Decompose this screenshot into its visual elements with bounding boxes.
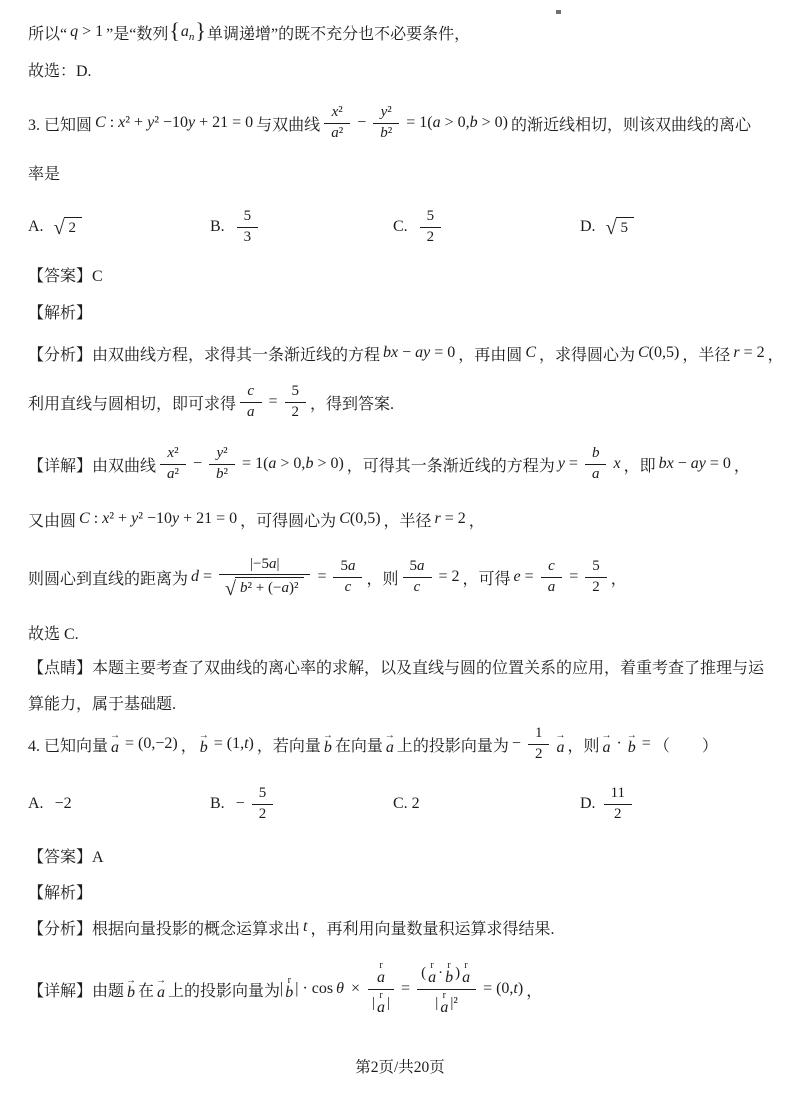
fraction-denominator: √b² + (−a)² (219, 575, 310, 598)
page-footer: 第2页/共20页 (0, 1054, 800, 1078)
fraction-denominator: 2 (528, 745, 550, 764)
math-expression: = (569, 568, 578, 586)
math-run: = 1( (406, 114, 432, 131)
fraction: ca (541, 558, 563, 597)
vector-letter: a (440, 999, 448, 1017)
math-run: > 0) (313, 455, 343, 472)
q3-detail-line1: 【详解】由双曲线x²a²−y²b²= 1(a > 0,b > 0)，可得其一条渐… (28, 436, 750, 492)
math-run: a (417, 558, 425, 574)
fraction-numerator: |−5a| (219, 556, 310, 576)
math-run: = 2 (441, 510, 466, 527)
math-run: 5 (410, 558, 418, 574)
text-segment: ，再由圆 (458, 342, 522, 365)
fraction: (ra·rb)ra|ra|² (417, 961, 476, 1017)
math-run: ² + (109, 510, 131, 527)
fraction: 5ac (403, 558, 432, 597)
math-expression: a² (331, 126, 343, 142)
vector-symbol: →a (555, 732, 565, 757)
text-segment: 在向量 (335, 733, 383, 756)
vector-arrow-icon: → (627, 732, 637, 739)
vector-letter: b (445, 969, 453, 987)
vector-arrow-icon: r (379, 992, 382, 999)
vector-symbol: ra (462, 962, 470, 987)
radicand: 2 (64, 217, 83, 237)
fraction-numerator: c (240, 383, 262, 403)
q3-option-b: B. 53 (210, 198, 262, 256)
vector-arrow-icon: r (288, 977, 291, 984)
q3-option-a: A. √2 (28, 198, 84, 256)
math-run: 2 (592, 579, 600, 595)
text-segment: ，半径 (384, 508, 432, 531)
math-run: − (674, 455, 691, 472)
text-segment: D. (580, 795, 600, 813)
math-expression: c (345, 580, 352, 596)
q3-approach-line1: 【分析】由双曲线方程，求得其一条渐近线的方程bx − ay = 0，再由圆C，求… (28, 340, 784, 366)
math-run: 5 (244, 208, 252, 224)
math-run: ² (388, 125, 393, 141)
math-run: · (616, 735, 621, 752)
fraction: 52 (252, 785, 274, 824)
math-run: = (317, 568, 326, 585)
math-run: : (106, 114, 118, 131)
text-segment: B. (210, 218, 233, 236)
square-root: √5 (606, 217, 634, 237)
vector-symbol: →a (385, 732, 395, 757)
math-expression: · (616, 735, 621, 753)
math-expression: a² (167, 467, 179, 483)
math-run: (0,5) (649, 344, 680, 361)
vector-arrow-icon: → (199, 732, 209, 739)
math-run: 3 (244, 229, 252, 245)
math-run: ) (518, 980, 523, 997)
math-expression: y = (558, 455, 578, 473)
text-segment: 所以“ (28, 21, 67, 44)
math-expression: = (1,t) (214, 735, 254, 753)
text-segment: 在 (138, 978, 154, 1001)
math-expression: 2 (427, 230, 435, 246)
text-segment: 【答案】C (28, 263, 103, 286)
math-run: = (401, 980, 410, 997)
q3-remark-line1: 【点睛】本题主要考查了双曲线的离心率的求解，以及直线与圆的位置关系的应用，着重考… (28, 654, 764, 678)
math-expression: 11 (611, 786, 625, 802)
math-expression: −2 (55, 795, 72, 813)
text-segment: D. (580, 218, 604, 236)
math-run: ² (175, 466, 180, 482)
math-run: C (638, 344, 649, 361)
math-run: x (613, 455, 620, 472)
fraction: 52 (585, 558, 607, 597)
fraction: ca (240, 383, 262, 422)
math-expression: 1 (535, 726, 543, 742)
fraction-numerator: c (541, 558, 563, 578)
square-root: √2 (54, 217, 82, 237)
q4-option-b: B. −52 (210, 777, 277, 831)
text-segment: C. 2 (393, 795, 420, 813)
text-segment: 上的投影向量为 (168, 978, 280, 1001)
fraction-denominator: |ra| (368, 990, 394, 1018)
q3-choice-line: 故选 C. (28, 620, 79, 644)
math-run: |−5 (250, 556, 269, 572)
radicand: b² + (−a)² (235, 577, 304, 597)
q3-remark-line2: 算能力，属于基础题. (28, 690, 176, 714)
text-segment: ，再利用向量数量积运算求得结果. (310, 916, 554, 939)
q3-answer-line: 【答案】C (28, 262, 103, 286)
math-run: 5 (340, 558, 348, 574)
math-run: = (269, 393, 278, 410)
text-segment: ”是“数列 (106, 21, 168, 44)
math-run: = (0, (483, 980, 513, 997)
math-expression: q > 1 (70, 23, 103, 41)
q3-option-c: C. 52 (393, 198, 445, 256)
math-expression: c (247, 384, 254, 400)
fraction: 52 (420, 208, 442, 247)
math-run: C (525, 344, 536, 361)
fraction-denominator: c (333, 578, 362, 597)
math-expression: b (592, 446, 600, 462)
text-segment: 【答案】A (28, 844, 104, 867)
brace-glyph: } (195, 20, 206, 42)
text-segment: ，则 (366, 566, 398, 589)
fraction: 12 (528, 725, 550, 764)
text-segment: · (438, 966, 443, 982)
text-segment: 上的投影向量为 (397, 733, 509, 756)
math-run: d (191, 568, 199, 585)
math-expression: − (236, 795, 245, 813)
math-expression: e = (514, 568, 534, 586)
text-segment: | (435, 996, 438, 1012)
math-expression: 5a (340, 559, 355, 575)
vector-arrow-icon: → (555, 732, 565, 739)
math-expression: 2 (259, 807, 267, 823)
text-segment: 的渐近线相切，则该双曲线的离心 (511, 112, 751, 135)
math-run: a (433, 114, 441, 131)
math-expression: = (642, 735, 651, 753)
math-expression: 5 (244, 209, 252, 225)
math-expression: 2 (535, 747, 543, 763)
q4-option-c: C. 2 (393, 777, 420, 831)
fraction-numerator: 1 (528, 725, 550, 745)
fraction: ra|ra| (368, 961, 394, 1017)
text-segment: 利用直线与圆相切，即可求得 (28, 391, 236, 414)
text-segment: 单调递增”的既不充分也不必要条件， (207, 21, 470, 44)
math-run: ² −10 (138, 510, 172, 527)
fraction-denominator: a² (160, 465, 186, 484)
fraction: 53 (237, 208, 259, 247)
math-expression: 2 (614, 807, 622, 823)
vector-symbol: ra (440, 992, 448, 1017)
text-segment: ， (611, 566, 627, 589)
math-run: 2 (614, 806, 622, 822)
math-run: y (558, 455, 565, 472)
fraction-denominator: 2 (285, 403, 307, 422)
text-segment: ，可得 (463, 566, 511, 589)
vector-arrow-icon: → (323, 732, 333, 739)
math-run: 1 (535, 725, 543, 741)
vector-letter: a (556, 739, 564, 757)
math-run: ² (223, 445, 228, 461)
math-expression: x (613, 455, 620, 473)
document-page: 所以“q > 1”是“数列{an}单调递增”的既不充分也不必要条件， 故选：D.… (0, 0, 800, 1102)
fraction-numerator: 5 (420, 208, 442, 228)
math-run: = (569, 568, 578, 585)
fraction-denominator: a (541, 578, 563, 597)
math-run: ² −10 (154, 114, 188, 131)
math-run: ay (415, 344, 430, 361)
brace-glyph: { (169, 20, 180, 42)
text-segment: C. (393, 218, 416, 236)
fraction: 52 (285, 383, 307, 422)
q3-detail-line3: 则圆心到直线的距离为d =|−5a|√b² + (−a)²=5ac，则5ac= … (28, 546, 627, 608)
text-segment: ，求得圆心为 (539, 342, 635, 365)
text-segment: | (387, 996, 390, 1012)
fraction: y²b² (373, 104, 399, 143)
fraction-numerator: 5 (252, 785, 274, 805)
text-segment: ，半径 (682, 342, 730, 365)
math-expression: C (525, 344, 536, 362)
math-run: − (193, 455, 202, 472)
math-expression: C(0,5) (339, 510, 380, 528)
math-run: 5 (259, 785, 267, 801)
vector-symbol: rb (285, 977, 293, 1002)
vector-arrow-icon: r (447, 962, 450, 969)
math-expression: t (303, 918, 307, 936)
q3-stem-line2: 率是 (28, 160, 60, 184)
text-segment: |² (450, 996, 458, 1012)
radicand: 5 (616, 217, 635, 237)
vector-letter: a (377, 999, 385, 1017)
math-run: e (514, 568, 521, 585)
math-expression: x² (332, 105, 343, 121)
fraction-denominator: 2 (420, 228, 442, 247)
text-segment: | (280, 980, 283, 998)
math-run: b (592, 445, 600, 461)
math-expression: = (401, 980, 410, 998)
math-expression: = (269, 393, 278, 411)
text-segment: 【分析】根据向量投影的概念运算求出 (28, 916, 300, 939)
fraction-numerator: x² (324, 104, 350, 124)
text-segment: 4. 已知向量 (28, 733, 108, 756)
vector-letter: b (127, 984, 135, 1002)
text-segment: 则圆心到直线的距离为 (28, 566, 188, 589)
fraction: 112 (604, 785, 632, 824)
math-expression: b² (216, 467, 228, 483)
fraction: x²a² (160, 445, 186, 484)
q2-choice-line: 故选：D. (28, 56, 92, 82)
vector-symbol: →b (323, 732, 333, 757)
fraction: x²a² (324, 104, 350, 143)
fraction-denominator: a² (324, 124, 350, 143)
math-expression: = 2 (439, 568, 460, 586)
q4-stem-line: 4. 已知向量→a= (0,−2)，→b= (1,t)，若向量→b在向量→a上的… (28, 719, 718, 769)
fraction-denominator: 2 (585, 578, 607, 597)
math-run: a (167, 466, 175, 482)
text-segment: ， (734, 453, 750, 476)
math-expression: = 1(a > 0,b > 0) (406, 114, 508, 132)
math-expression: 2 (292, 405, 300, 421)
math-run: a (592, 466, 600, 482)
fraction-numerator: ra (368, 961, 394, 990)
math-expression: a (548, 580, 556, 596)
text-segment: 【详解】由双曲线 (28, 453, 156, 476)
vector-arrow-icon: → (385, 732, 395, 739)
math-run: c (345, 579, 352, 595)
math-run: ) (249, 735, 254, 752)
math-expression: d = (191, 568, 212, 586)
q4-detail-line: 【详解】由题→b在→a上的投影向量为|rb| · cosθ × ra|ra|=(… (28, 948, 542, 1030)
math-expression: 2 (69, 220, 77, 237)
square-root: √b² + (−a)² (225, 577, 304, 597)
math-expression: 5 (621, 220, 629, 237)
math-expression: y² (381, 105, 392, 121)
text-segment: 【详解】由题 (28, 978, 124, 1001)
math-run: bx (659, 455, 674, 472)
math-run: a (548, 579, 556, 595)
vector-letter: a (157, 984, 165, 1002)
vector-letter: a (386, 739, 394, 757)
text-segment: 【点睛】本题主要考查了双曲线的离心率的求解，以及直线与圆的位置关系的应用，着重考… (28, 655, 764, 678)
text-segment: ，即 (624, 453, 656, 476)
vector-symbol: →b (199, 732, 209, 757)
math-expression: 5 (427, 209, 435, 225)
math-run: c (247, 383, 254, 399)
math-run: 2 (292, 404, 300, 420)
math-run: − (398, 344, 415, 361)
math-expression: c (548, 559, 555, 575)
math-run: + 21 = 0 (179, 510, 237, 527)
fraction-denominator: 2 (604, 805, 632, 824)
math-run: = 0 (430, 344, 455, 361)
math-expression: x² (167, 446, 178, 462)
math-run: 2 (69, 220, 77, 236)
math-run: b (216, 466, 224, 482)
vector-letter: b (324, 739, 332, 757)
text-segment: 【解析】 (28, 880, 92, 903)
math-expression: 5 (259, 786, 267, 802)
math-run: c (414, 579, 421, 595)
vector-symbol: →a (156, 977, 166, 1002)
math-expression: r = 2 (435, 510, 466, 528)
vector-arrow-icon: → (110, 732, 120, 739)
vector-symbol: →a (110, 732, 120, 757)
text-segment: ( (421, 966, 426, 982)
math-run: 5 (427, 208, 435, 224)
math-run: b (470, 114, 478, 131)
fraction-numerator: 5 (285, 383, 307, 403)
text-segment: 算能力，属于基础题. (28, 691, 176, 714)
math-expression: C(0,5) (638, 344, 679, 362)
text-segment: × (347, 980, 364, 998)
fraction-denominator: b² (373, 124, 399, 143)
fraction-numerator: y² (209, 445, 235, 465)
math-run: ² + (− (248, 580, 282, 596)
vector-letter: b (285, 984, 293, 1002)
math-run: a (348, 558, 356, 574)
math-run: = 1( (242, 455, 268, 472)
fraction-denominator: 3 (237, 228, 259, 247)
subscript-base: a (181, 23, 189, 40)
math-run: c (548, 558, 555, 574)
q2-conclusion-line: 所以“q > 1”是“数列{an}单调递增”的既不充分也不必要条件， (28, 12, 470, 52)
math-expression: b² + (−a)² (240, 580, 298, 597)
fraction-denominator: b² (209, 465, 235, 484)
text-segment: A. (28, 218, 52, 236)
math-run: C (339, 510, 350, 527)
scan-speck-artifact (556, 10, 561, 14)
math-run: C (79, 510, 90, 527)
text-segment: ， (526, 978, 542, 1001)
text-segment: 故选：D. (28, 58, 92, 81)
math-run: ² + (125, 114, 147, 131)
text-segment: B. (210, 795, 233, 813)
fraction-numerator: 5a (333, 558, 362, 578)
vector-symbol: →b (126, 977, 136, 1002)
math-run: = (0,−2) (125, 735, 178, 752)
q4-option-d: D. 112 (580, 777, 636, 831)
vector-arrow-icon: → (126, 977, 136, 984)
math-run: a (281, 580, 289, 596)
math-run: ² (339, 125, 344, 141)
math-run: − (357, 114, 366, 131)
math-run: 11 (611, 785, 625, 801)
text-segment: ， (469, 508, 485, 531)
q4-approach-line: 【分析】根据向量投影的概念运算求出t，再利用向量数量积运算求得结果. (28, 915, 554, 939)
math-run: 2 (259, 806, 267, 822)
q4-analysis-label: 【解析】 (28, 879, 92, 903)
text-segment: ，若向量 (257, 733, 321, 756)
vector-arrow-icon: r (430, 962, 433, 969)
vector-arrow-icon: → (156, 977, 166, 984)
math-run: )² (289, 580, 299, 596)
math-expression: = 1(a > 0,b > 0) (242, 455, 344, 473)
fraction-denominator: c (403, 578, 432, 597)
vector-arrow-icon: r (443, 992, 446, 999)
fraction: 5ac (333, 558, 362, 597)
math-run: 2 (427, 229, 435, 245)
vector-letter: a (377, 969, 385, 987)
math-expression: 2 (592, 580, 600, 596)
fraction-numerator: 5 (585, 558, 607, 578)
math-run: ² (174, 445, 179, 461)
vector-symbol: ra (377, 962, 385, 987)
q3-analysis-label: 【解析】 (28, 299, 92, 323)
subscripted-symbol: an (181, 23, 195, 41)
fraction-denominator: |ra|² (417, 990, 476, 1018)
math-expression: = (0,−2) (125, 735, 178, 753)
q4-option-a: A. −2 (28, 777, 75, 831)
math-run: | (276, 556, 279, 572)
math-expression: 5 (592, 559, 600, 575)
math-run: > 1 (78, 23, 103, 40)
math-expression: bx − ay = 0 (383, 344, 455, 362)
math-run: ² (387, 104, 392, 120)
math-run: > 0, (276, 455, 305, 472)
math-run: = (199, 568, 212, 585)
math-run: > 0, (441, 114, 470, 131)
math-run: = (1, (214, 735, 244, 752)
fraction-numerator: 5 (237, 208, 259, 228)
math-run: 2 (535, 746, 543, 762)
math-run: = 0 (706, 455, 731, 472)
text-segment: 又由圆 (28, 508, 76, 531)
text-segment: | · cos (295, 980, 333, 998)
vector-symbol: ra (377, 992, 385, 1017)
fraction: ba (585, 445, 607, 484)
math-expression: r = 2 (733, 344, 764, 362)
text-segment: 3. 已知圆 (28, 112, 92, 135)
vector-arrow-icon: r (464, 962, 467, 969)
text-segment: 第2页/共20页 (355, 1055, 445, 1077)
vector-letter: a (602, 739, 610, 757)
